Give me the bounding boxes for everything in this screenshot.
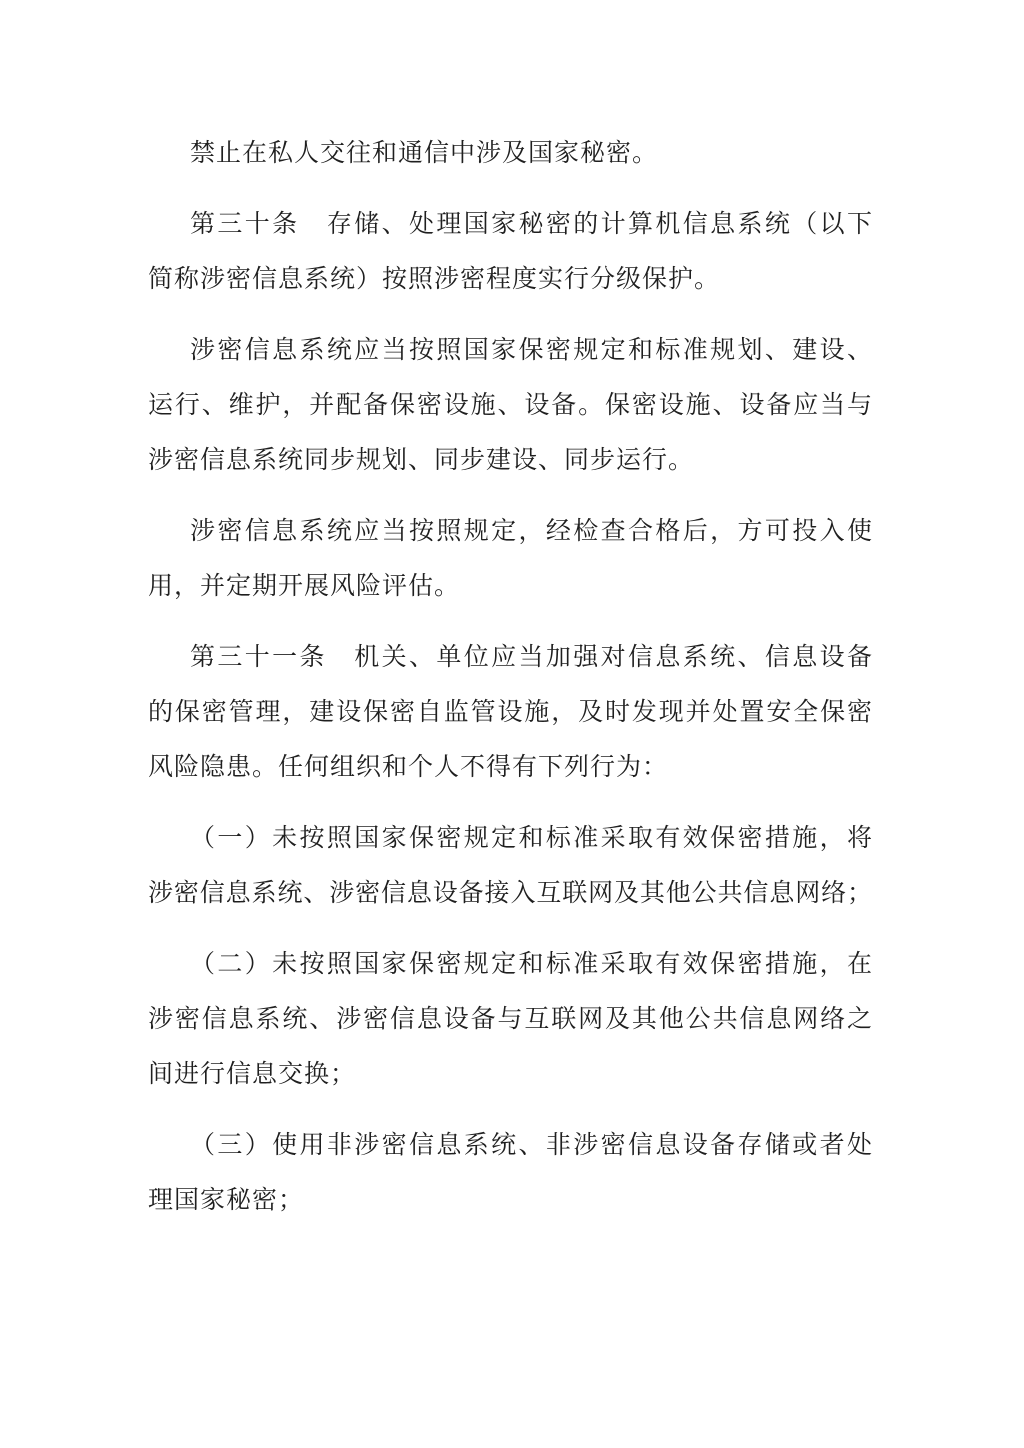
article-30-para-2: 涉密信息系统应当按照国家保密规定和标准规划、建设、运行、维护，并配备保密设施、设… <box>148 323 872 488</box>
text-line: 运行、维护，并配备保密设施、设备。保密设施、设备应当与 <box>148 378 872 433</box>
text-line: 间进行信息交换； <box>148 1047 872 1102</box>
text-line: 涉密信息系统、涉密信息设备接入互联网及其他公共信息网络； <box>148 866 872 921</box>
text-line: 理国家秘密； <box>148 1173 872 1228</box>
text-line: （二）未按照国家保密规定和标准采取有效保密措施，在 <box>148 937 872 992</box>
text-line: 用，并定期开展风险评估。 <box>148 559 872 614</box>
article-31-item-1: （一）未按照国家保密规定和标准采取有效保密措施，将涉密信息系统、涉密信息设备接入… <box>148 811 872 921</box>
text-line: 的保密管理，建设保密自监管设施，及时发现并处置安全保密 <box>148 685 872 740</box>
article-31-item-2: （二）未按照国家保密规定和标准采取有效保密措施，在涉密信息系统、涉密信息设备与互… <box>148 937 872 1102</box>
text-line: 涉密信息系统应当按照规定，经检查合格后，方可投入使 <box>148 504 872 559</box>
article-31-item-3: （三）使用非涉密信息系统、非涉密信息设备存储或者处理国家秘密； <box>148 1118 872 1228</box>
text-line: 涉密信息系统应当按照国家保密规定和标准规划、建设、 <box>148 323 872 378</box>
text-line: （三）使用非涉密信息系统、非涉密信息设备存储或者处 <box>148 1118 872 1173</box>
document-body: 禁止在私人交往和通信中涉及国家秘密。第三十条 存储、处理国家秘密的计算机信息系统… <box>148 126 872 1228</box>
text-line: （一）未按照国家保密规定和标准采取有效保密措施，将 <box>148 811 872 866</box>
text-line: 第三十条 存储、处理国家秘密的计算机信息系统（以下 <box>148 197 872 252</box>
text-line: 禁止在私人交往和通信中涉及国家秘密。 <box>148 126 872 181</box>
text-line: 风险隐患。任何组织和个人不得有下列行为： <box>148 740 872 795</box>
text-line: 涉密信息系统、涉密信息设备与互联网及其他公共信息网络之 <box>148 992 872 1047</box>
text-line: 简称涉密信息系统）按照涉密程度实行分级保护。 <box>148 252 872 307</box>
article-31: 第三十一条 机关、单位应当加强对信息系统、信息设备的保密管理，建设保密自监管设施… <box>148 630 872 795</box>
text-line: 涉密信息系统同步规划、同步建设、同步运行。 <box>148 433 872 488</box>
document-page: 禁止在私人交往和通信中涉及国家秘密。第三十条 存储、处理国家秘密的计算机信息系统… <box>0 0 1024 1448</box>
text-line: 第三十一条 机关、单位应当加强对信息系统、信息设备 <box>148 630 872 685</box>
clause-private-communication: 禁止在私人交往和通信中涉及国家秘密。 <box>148 126 872 181</box>
article-30-para-3: 涉密信息系统应当按照规定，经检查合格后，方可投入使用，并定期开展风险评估。 <box>148 504 872 614</box>
article-30: 第三十条 存储、处理国家秘密的计算机信息系统（以下简称涉密信息系统）按照涉密程度… <box>148 197 872 307</box>
